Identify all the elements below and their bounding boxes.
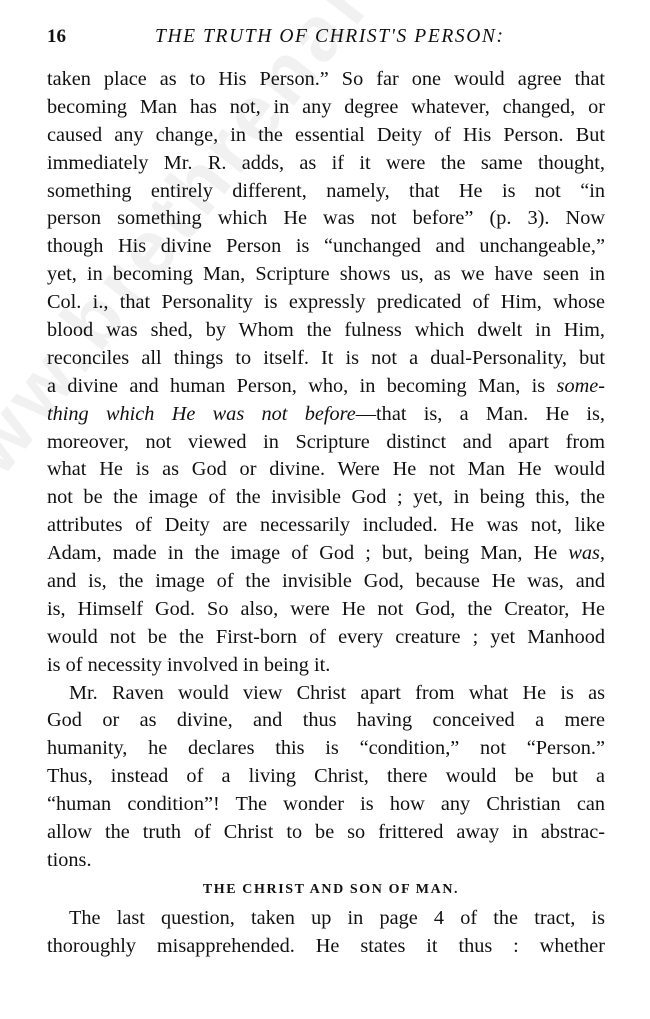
text-line: taken place as to His Person.” So far on…: [47, 66, 605, 94]
running-title: THE TRUTH OF CHRIST'S PERSON:: [155, 26, 505, 48]
text-line: is, Himself God. So also, were He not Go…: [47, 596, 605, 624]
running-head: 16 THE TRUTH OF CHRIST'S PERSON:: [47, 26, 607, 50]
text-line: is of necessity involved in being it.: [47, 652, 605, 680]
text-line: blood was shed, by Whom the fulness whic…: [47, 317, 605, 345]
text-line: humanity, he declares this is “condition…: [47, 735, 605, 763]
text-line: caused any change, in the essential Deit…: [47, 122, 605, 150]
text-line: moreover, not viewed in Scripture distin…: [47, 429, 605, 457]
text-line: immediately Mr. R. adds, as if it were t…: [47, 150, 605, 178]
body-text: taken place as to His Person.” So far on…: [47, 66, 605, 961]
text-line: a divine and human Person, who, in becom…: [47, 373, 605, 401]
text-segment: a divine and human Person, who, in becom…: [47, 375, 545, 397]
text-line: The last question, taken up in page 4 of…: [47, 905, 605, 933]
italic-segment: was,: [568, 542, 605, 564]
text-line: not be the image of the invisible God ; …: [47, 484, 605, 512]
text-line: tions.: [47, 847, 605, 875]
text-line: Adam, made in the image of God ; but, be…: [47, 540, 605, 568]
text-line: reconciles all things to itself. It is n…: [47, 345, 605, 373]
text-segment: Adam, made in the image of God ; but, be…: [47, 542, 557, 564]
section-heading: THE CHRIST AND SON OF MAN.: [47, 875, 605, 905]
text-line: becoming Man has not, in any degree what…: [47, 94, 605, 122]
text-line: Thus, instead of a living Christ, there …: [47, 763, 605, 791]
text-line: Mr. Raven would view Christ apart from w…: [47, 680, 605, 708]
text-line: “human condition”! The wonder is how any…: [47, 791, 605, 819]
text-line: would not be the First-born of every cre…: [47, 624, 605, 652]
text-line: God or as divine, and thus having concei…: [47, 707, 605, 735]
page-number: 16: [47, 26, 66, 48]
text-line: allow the truth of Christ to be so fritt…: [47, 819, 605, 847]
text-line: thoroughly misapprehended. He states it …: [47, 933, 605, 961]
text-line: something entirely different, namely, th…: [47, 178, 605, 206]
text-line: what He is as God or divine. Were He not…: [47, 456, 605, 484]
text-line: Col. i., that Personality is expressly p…: [47, 289, 605, 317]
text-segment: —that is, a Man. He is,: [356, 403, 605, 425]
text-line: attributes of Deity are necessarily incl…: [47, 512, 605, 540]
text-line: person something which He was not before…: [47, 205, 605, 233]
text-line: and is, the image of the invisible God, …: [47, 568, 605, 596]
text-line: thing which He was not before—that is, a…: [47, 401, 605, 429]
text-line: though His divine Person is “unchanged a…: [47, 233, 605, 261]
italic-segment: thing which He was not before: [47, 403, 356, 425]
text-line: yet, in becoming Man, Scripture shows us…: [47, 261, 605, 289]
document-page: 16 THE TRUTH OF CHRIST'S PERSON: taken p…: [0, 0, 650, 1019]
italic-segment: some-: [557, 375, 605, 397]
